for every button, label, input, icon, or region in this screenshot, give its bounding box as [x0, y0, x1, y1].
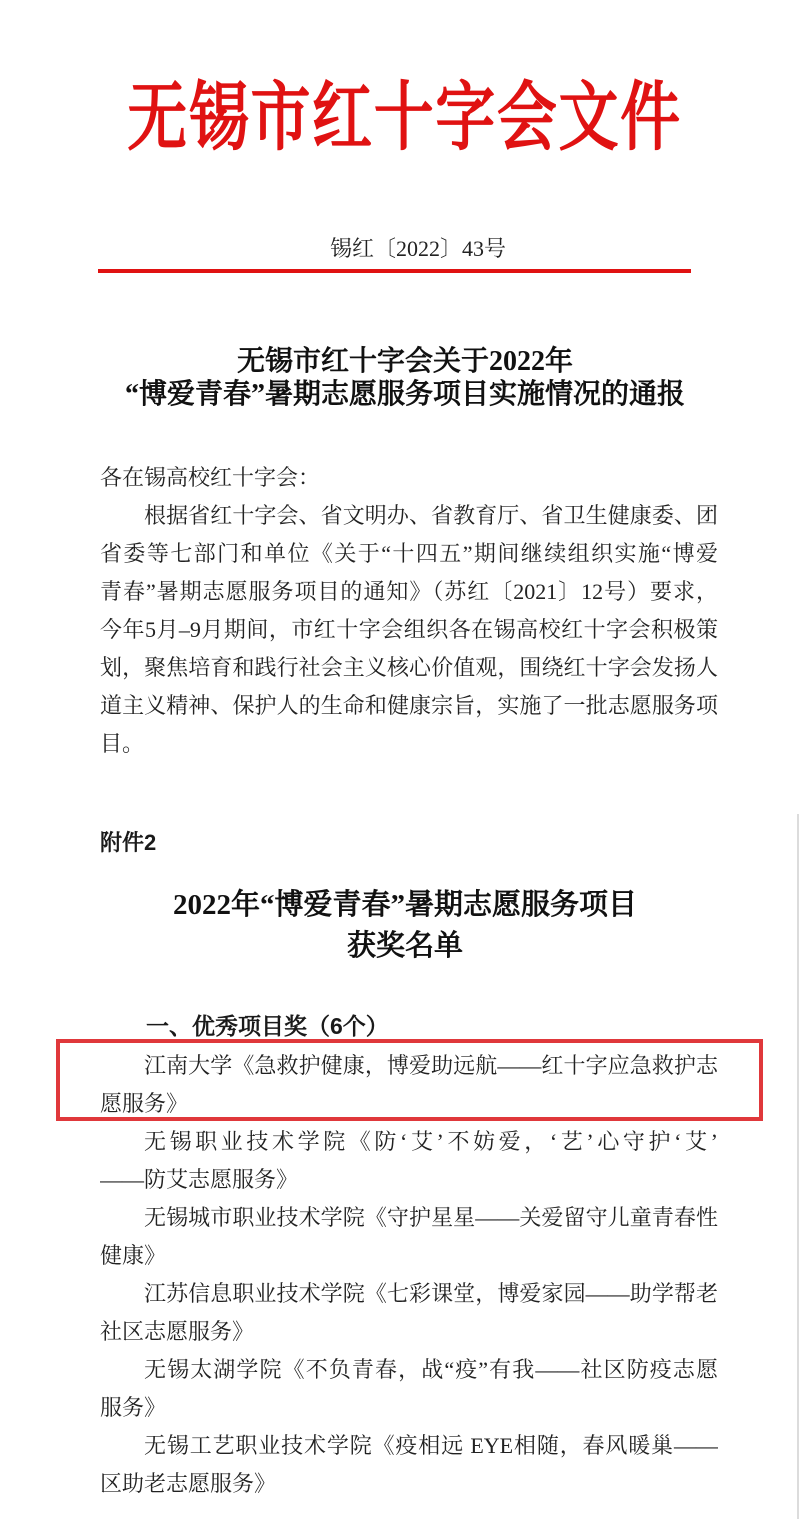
attachment-label: 附件2: [100, 824, 156, 862]
document-page: 无锡市红十字会文件 锡红〔2022〕43号 无锡市红十字会关于2022年 “博爱…: [0, 0, 810, 1519]
body-line: 今年5月–9月期间，市红十字会组织各在锡高校红十字会积极策: [100, 611, 718, 649]
award-item-line: 无锡太湖学院《不负青春，战“疫”有我——社区防疫志愿: [100, 1351, 718, 1389]
notice-body: 各在锡高校红十字会： 根据省红十字会、省文明办、省教育厅、省卫生健康委、团 省委…: [100, 459, 718, 763]
page-edge-line: [797, 814, 799, 1519]
notice-title: 无锡市红十字会关于2022年 “博爱青春”暑期志愿服务项目实施情况的通报: [0, 345, 810, 411]
award-item-line: 无锡工艺职业技术学院《疫相远 EYE相随，春风暖巢——社: [100, 1427, 718, 1465]
award-item-wuxi-arts-crafts-vocational: 无锡工艺职业技术学院《疫相远 EYE相随，春风暖巢——社 区助老志愿服务》: [100, 1427, 718, 1503]
award-item-line: 无锡职业技术学院《防‘艾’不妨爱，‘艺’心守护‘艾’: [100, 1123, 718, 1161]
award-item-wuxi-vocational-tech: 无锡职业技术学院《防‘艾’不妨爱，‘艺’心守护‘艾’ ——防艾志愿服务》: [100, 1123, 718, 1199]
award-item-line: 江南大学《急救护健康，博爱助远航——红十字应急救护志: [100, 1047, 718, 1085]
award-item-line: 江苏信息职业技术学院《七彩课堂，博爱家园——助学帮老: [100, 1275, 718, 1313]
award-item-jiangsu-information-vocational: 江苏信息职业技术学院《七彩课堂，博爱家园——助学帮老 社区志愿服务》: [100, 1275, 718, 1351]
award-item-line: 愿服务》: [100, 1085, 718, 1123]
notice-title-line1: 无锡市红十字会关于2022年: [0, 345, 810, 378]
award-item-line: 无锡城市职业技术学院《守护星星——关爱留守儿童青春性: [100, 1199, 718, 1237]
body-line: 目。: [100, 725, 718, 763]
award-item-line: 健康》: [100, 1237, 718, 1275]
award-item-line: 社区志愿服务》: [100, 1313, 718, 1351]
body-line: 省委等七部门和单位《关于“十四五”期间继续组织实施“博爱: [100, 535, 718, 573]
award-item-line: 服务》: [100, 1389, 718, 1427]
award-item-line: 区助老志愿服务》: [100, 1465, 718, 1503]
body-line: 青春”暑期志愿服务项目的通知》（苏红〔2021〕12号）要求，: [100, 573, 718, 611]
body-line: 划，聚焦培育和践行社会主义核心价值观，围绕红十字会发扬人: [100, 649, 718, 687]
award-item-line: ——防艾志愿服务》: [100, 1161, 718, 1199]
award-list-title-line2: 获奖名单: [0, 926, 810, 967]
letterhead-title-text: 无锡市红十字会文件: [128, 74, 682, 164]
award-list-title-line1: 2022年“博爱青春”暑期志愿服务项目: [0, 885, 810, 926]
document-number: 锡红〔2022〕43号: [0, 234, 810, 264]
award-items-list: 江南大学《急救护健康，博爱助远航——红十字应急救护志 愿服务》 无锡职业技术学院…: [100, 1047, 718, 1503]
notice-title-line2: “博爱青春”暑期志愿服务项目实施情况的通报: [0, 378, 810, 411]
letterhead-title: 无锡市红十字会文件: [0, 74, 810, 164]
body-line: 道主义精神、保护人的生命和健康宗旨，实施了一批志愿服务项: [100, 687, 718, 725]
body-line: 根据省红十字会、省文明办、省教育厅、省卫生健康委、团: [100, 497, 718, 535]
award-list-title: 2022年“博爱青春”暑期志愿服务项目 获奖名单: [0, 885, 810, 967]
award-item-jiangnan-university: 江南大学《急救护健康，博爱助远航——红十字应急救护志 愿服务》: [100, 1047, 718, 1123]
letterhead-divider-rule: [98, 269, 691, 273]
section-heading-excellent-project-award: 一、优秀项目奖（6个）: [100, 1007, 718, 1045]
award-item-wuxi-taihu-university: 无锡太湖学院《不负青春，战“疫”有我——社区防疫志愿 服务》: [100, 1351, 718, 1427]
award-item-wuxi-city-vocational-tech: 无锡城市职业技术学院《守护星星——关爱留守儿童青春性 健康》: [100, 1199, 718, 1275]
salutation: 各在锡高校红十字会：: [100, 459, 718, 497]
